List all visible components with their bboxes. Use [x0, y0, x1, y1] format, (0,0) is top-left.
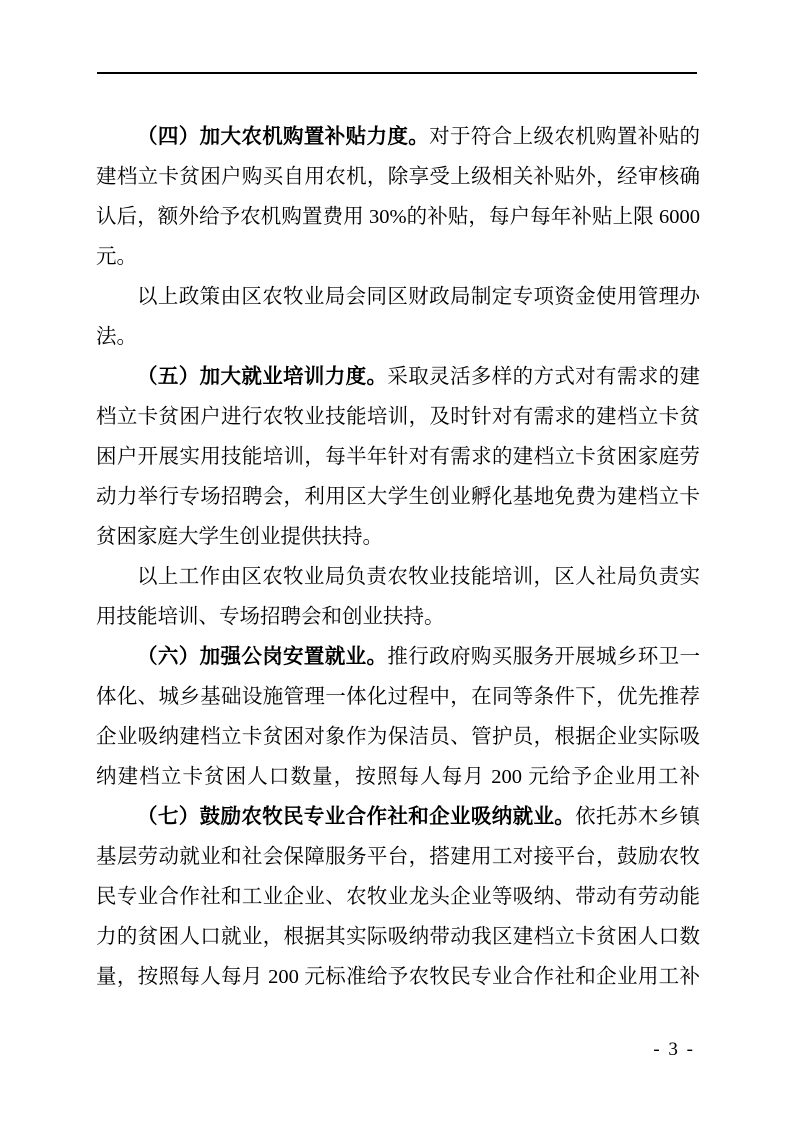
text-run: 动力举行专场招聘会，利用区大学生创业孵化基地免费为建档立卡 [96, 486, 700, 508]
text-line: （四）加大农机购置补贴力度。对于符合上级农机购置补贴的 [96, 117, 700, 157]
text-line: 量，按照每人每月 200 元标准给予农牧民专业合作社和企业用工补 [96, 957, 700, 997]
text-line: 贫困家庭大学生创业提供扶持。 [96, 517, 700, 557]
document-page: （四）加大农机购置补贴力度。对于符合上级农机购置补贴的建档立卡贫困户购买自用农机… [0, 0, 793, 1122]
text-run: 以上工作由区农牧业局负责农牧业技能培训，区人社局负责实 [137, 566, 700, 588]
text-line: （七）鼓励农牧民专业合作社和企业吸纳就业。依托苏木乡镇 [96, 797, 700, 837]
text-run: 体化、城乡基础设施管理一体化过程中，在同等条件下，优先推荐 [96, 686, 700, 708]
text-run: 对于符合上级农机购置补贴的 [429, 126, 700, 148]
text-run: 认后，额外给予农机购置费用 30%的补贴，每户每年补贴上限 6000 [96, 206, 700, 228]
text-line: 纳建档立卡贫困人口数量，按照每人每月 200 元给予企业用工补贴。 [96, 757, 700, 797]
section-heading-run: （七）鼓励农牧民专业合作社和企业吸纳就业。 [137, 806, 575, 828]
text-line: 元。 [96, 237, 700, 277]
text-run: 以上政策由区农牧业局会同区财政局制定专项资金使用管理办 [137, 286, 700, 308]
text-run: 纳建档立卡贫困人口数量，按照每人每月 200 元给予企业用工补贴。 [96, 766, 700, 797]
text-line: 基层劳动就业和社会保障服务平台，搭建用工对接平台，鼓励农牧 [96, 837, 700, 877]
text-line: 建档立卡贫困户购买自用农机，除享受上级相关补贴外，经审核确 [96, 157, 700, 197]
text-run: 力的贫困人口就业，根据其实际吸纳带动我区建档立卡贫困人口数 [96, 926, 700, 948]
text-run: 档立卡贫困户进行农牧业技能培训，及时针对有需求的建档立卡贫 [96, 406, 700, 428]
text-line: 困户开展实用技能培训，每半年针对有需求的建档立卡贫困家庭劳 [96, 437, 700, 477]
text-run: 基层劳动就业和社会保障服务平台，搭建用工对接平台，鼓励农牧 [96, 846, 700, 868]
text-run: 量，按照每人每月 200 元标准给予农牧民专业合作社和企业用工补 [96, 966, 700, 988]
text-run: 采取灵活多样的方式对有需求的建 [387, 366, 700, 388]
text-line: 认后，额外给予农机购置费用 30%的补贴，每户每年补贴上限 6000 [96, 197, 700, 237]
text-line: （六）加强公岗安置就业。推行政府购买服务开展城乡环卫一 [96, 637, 700, 677]
text-run: 法。 [96, 326, 137, 348]
text-run: 企业吸纳建档立卡贫困对象作为保洁员、管护员，根据企业实际吸 [96, 726, 700, 748]
text-run: 用技能培训、专场招聘会和创业扶持。 [96, 606, 445, 628]
text-line: 力的贫困人口就业，根据其实际吸纳带动我区建档立卡贫困人口数 [96, 917, 700, 957]
text-line: 以上政策由区农牧业局会同区财政局制定专项资金使用管理办 [96, 277, 700, 317]
text-line: 民专业合作社和工业企业、农牧业龙头企业等吸纳、带动有劳动能 [96, 877, 700, 917]
text-line: 体化、城乡基础设施管理一体化过程中，在同等条件下，优先推荐 [96, 677, 700, 717]
text-run: 困户开展实用技能培训，每半年针对有需求的建档立卡贫困家庭劳 [96, 446, 700, 468]
text-line: 以上工作由区农牧业局负责农牧业技能培训，区人社局负责实 [96, 557, 700, 597]
text-line: 用技能培训、专场招聘会和创业扶持。 [96, 597, 700, 637]
text-run: 依托苏木乡镇 [575, 806, 700, 828]
page-number: - 3 - [653, 1038, 695, 1062]
text-line: 企业吸纳建档立卡贫困对象作为保洁员、管护员，根据企业实际吸 [96, 717, 700, 757]
section-heading-run: （五）加大就业培训力度。 [137, 366, 387, 388]
section-heading-run: （四）加大农机购置补贴力度。 [137, 126, 429, 148]
section-heading-run: （六）加强公岗安置就业。 [137, 646, 387, 668]
document-body: （四）加大农机购置补贴力度。对于符合上级农机购置补贴的建档立卡贫困户购买自用农机… [96, 117, 700, 997]
text-run: 贫困家庭大学生创业提供扶持。 [96, 526, 383, 548]
text-line: （五）加大就业培训力度。采取灵活多样的方式对有需求的建 [96, 357, 700, 397]
text-run: 推行政府购买服务开展城乡环卫一 [387, 646, 700, 668]
header-divider-rule [97, 72, 697, 74]
text-run: 民专业合作社和工业企业、农牧业龙头企业等吸纳、带动有劳动能 [96, 886, 700, 908]
text-run: 元。 [96, 246, 137, 268]
text-line: 动力举行专场招聘会，利用区大学生创业孵化基地免费为建档立卡 [96, 477, 700, 517]
text-line: 档立卡贫困户进行农牧业技能培训，及时针对有需求的建档立卡贫 [96, 397, 700, 437]
text-line: 法。 [96, 317, 700, 357]
text-run: 建档立卡贫困户购买自用农机，除享受上级相关补贴外，经审核确 [96, 166, 700, 188]
